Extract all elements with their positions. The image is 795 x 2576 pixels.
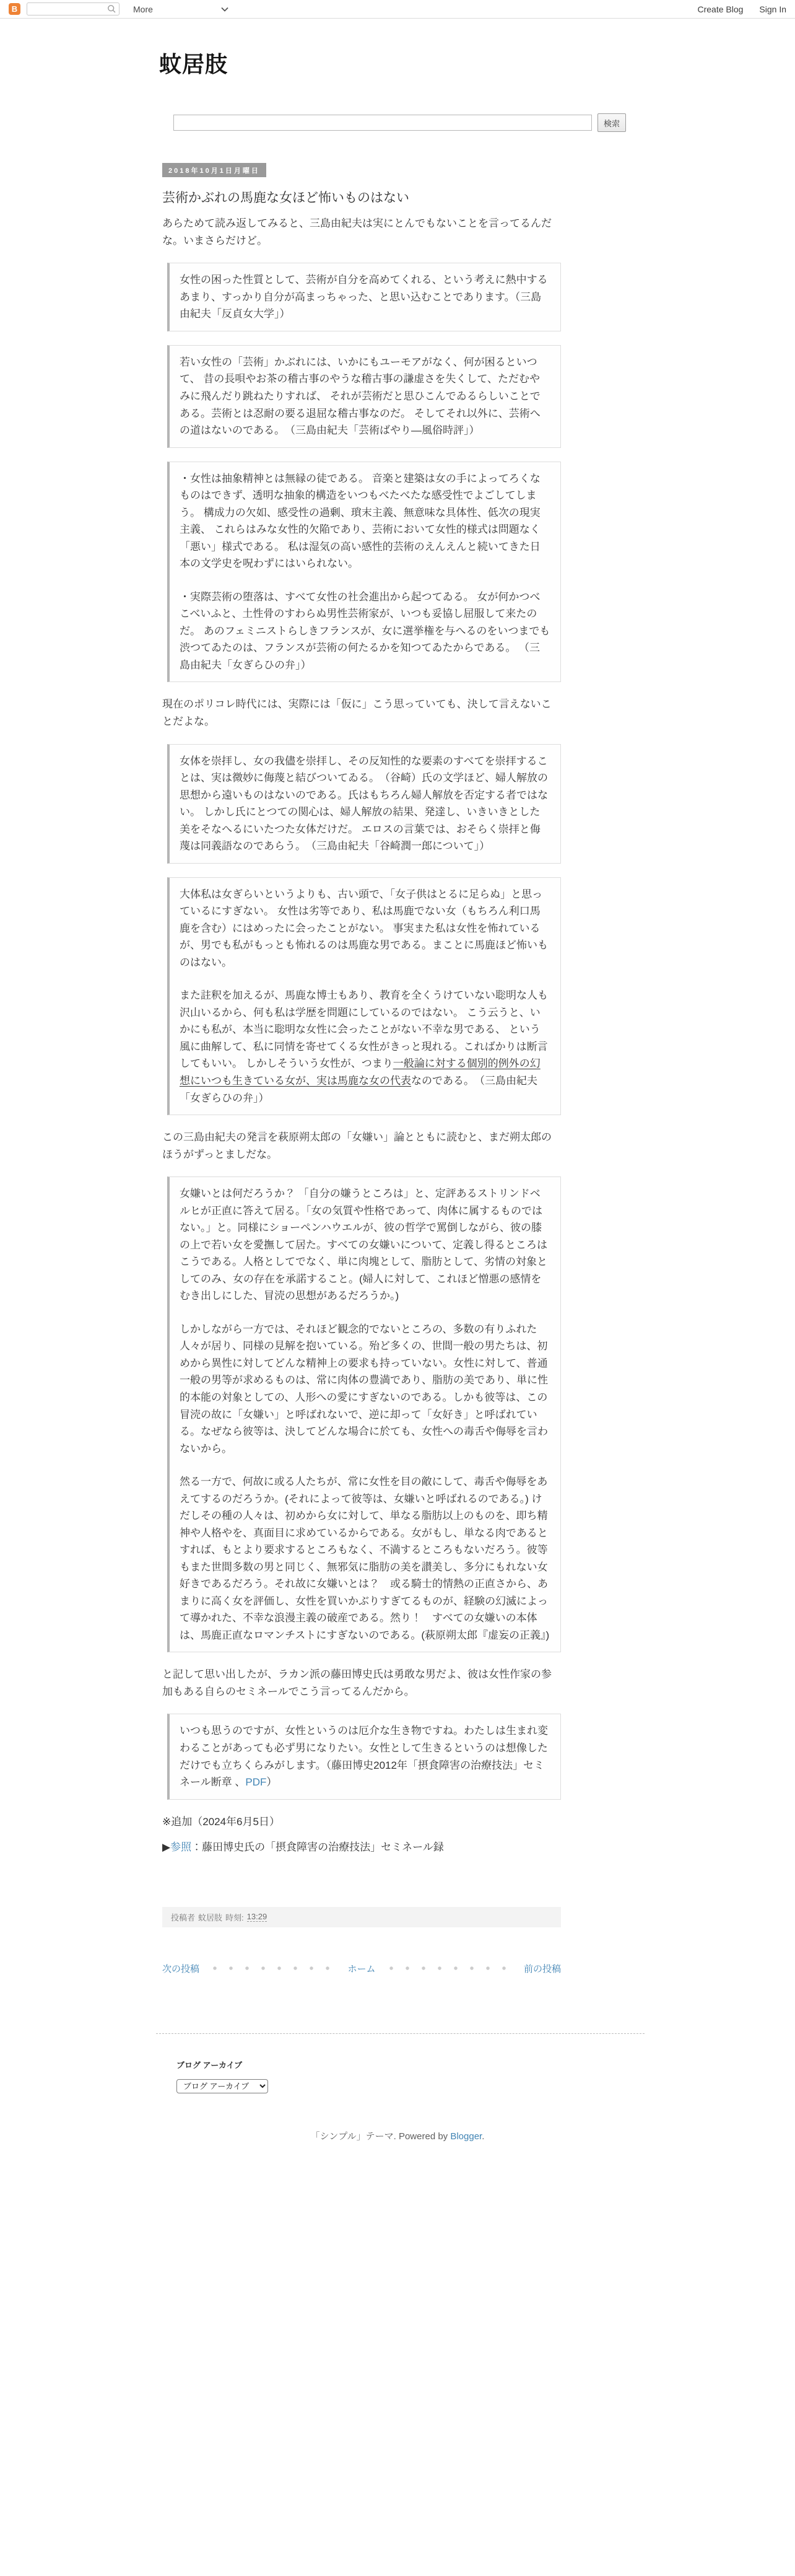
theme-attribution: 「シンプル」テーマ. Powered by: [311, 2131, 451, 2142]
quote-mishima-onnagirai-1: ・女性は抽象精神とは無縁の徒である。 音楽と建築は女の手によってろくなものはでき…: [167, 462, 561, 683]
quote-mishima-hanteijo: 女性の困った性質として、芸術が自分を高めてくれる、という考えに熱中するあまり、す…: [167, 263, 561, 331]
quote-mishima-onnagirai-2: 大体私は女ぎらいというよりも、古い頭で、「女子供はとるに足らぬ」と思っているにす…: [167, 877, 561, 1115]
quote-text: いつも思うのですが、女性というのは厄介な生き物ですね。わたしは生まれ変わることが…: [180, 1722, 550, 1790]
post-footer-bar: 投稿者 蚊居肢 時刻: 13:29: [162, 1907, 561, 1927]
quote-text: 女性の困った性質として、芸術が自分を高めてくれる、という考えに熱中するあまり、す…: [180, 271, 550, 323]
chevron-down-icon[interactable]: [221, 7, 228, 12]
reference-paragraph: ▶参照：藤田博史氏の「摂食障害の治療技法」セミネール録: [162, 1839, 561, 1856]
search-button[interactable]: 検索: [597, 113, 626, 132]
quote-text: 女嫌いとは何だろうか？ 「自分の嫌うところは」と、定評あるストリンドベルヒが正直…: [180, 1185, 550, 1305]
quote-text: ・実際芸術の堕落は、すべて女性の社会進出から起つてゐる。 女が何かつべこべいふと…: [180, 589, 550, 674]
post-body: あらためて読み返してみると、三島由紀夫は実にとんでもないことを言ってるんだな。い…: [162, 215, 561, 1855]
dots-separator: [383, 1965, 516, 1972]
author-name: 蚊居肢: [198, 1911, 222, 1923]
quote-text: 若い女性の「芸術」かぶれには、いかにもユーモアがなく、何が困るといつて、 昔の長…: [180, 354, 550, 439]
quote-text: 女体を崇拝し、女の我儘を崇拝し、その反知性的な要素のすべてを崇拝することは、実は…: [180, 753, 550, 855]
quote-text: また註釈を加えるが、馬鹿な博士もあり、教育を全くうけていない聡明な人も沢山いるか…: [180, 987, 550, 1106]
pagination: 次の投稿 ホーム 前の投稿: [162, 1962, 561, 1975]
author-label: 投稿者: [171, 1911, 195, 1923]
blogger-navbar: B More Create Blog Sign In: [0, 0, 795, 19]
comment-paragraph-fujita: と記して思い出したが、ラカン派の藤田博史氏は勇敢な男だよ、彼は女性作家の参加もあ…: [162, 1666, 561, 1700]
comment-paragraph-policore: 現在のポリコレ時代には、実際には「仮に」こう思っていても、決して言えないことだよ…: [162, 696, 561, 730]
reference-arrow-icon: ▶: [162, 1841, 170, 1853]
pdf-link[interactable]: PDF: [245, 1776, 266, 1788]
blogger-logo-icon[interactable]: B: [9, 3, 20, 15]
page-footer: 「シンプル」テーマ. Powered by Blogger.: [144, 2129, 651, 2576]
quote-text-before: いつも思うのですが、女性というのは厄介な生き物ですね。わたしは生まれ変わることが…: [180, 1725, 548, 1788]
more-menu[interactable]: More: [133, 4, 153, 14]
time-label: 時刻:: [225, 1911, 244, 1923]
quote-text: 然る一方で、何故に或る人たちが、常に女性を目の敵にして、毒舌や侮辱をあえてするの…: [180, 1473, 550, 1644]
search-icon[interactable]: [107, 4, 116, 17]
intro-paragraph: あらためて読み返してみると、三島由紀夫は実にとんでもないことを言ってるんだな。い…: [162, 215, 561, 249]
content-column: 蚊居肢 検索 2018年10月1日月曜日 芸術かぶれの馬鹿な女ほど怖いものはない…: [144, 19, 651, 2576]
quote-text: ・女性は抽象精神とは無縁の徒である。 音楽と建築は女の手によってろくなものはでき…: [180, 470, 550, 572]
blogger-link[interactable]: Blogger: [450, 2131, 482, 2142]
search-gadget: 検索: [173, 113, 626, 132]
blog-archive-gadget: ブログ アーカイブ ブログ アーカイブ: [176, 2059, 651, 2093]
post: 2018年10月1日月曜日 芸術かぶれの馬鹿な女ほど怖いものはない あらためて読…: [162, 163, 561, 1975]
quote-text: しかしながら一方では、それほど観念的でないところの、多数の有りふれた人々が居り、…: [180, 1321, 550, 1457]
attribution-period: .: [482, 2131, 484, 2142]
quote-text: 大体私は女ぎらいというよりも、古い頭で、「女子供はとるに足らぬ」と思っているにす…: [180, 886, 550, 971]
quote-mishima-geijutsubayari: 若い女性の「芸術」かぶれには、いかにもユーモアがなく、何が困るといつて、 昔の長…: [167, 345, 561, 448]
page: B More Create Blog Sign In 蚊居肢 検索 2018年1…: [0, 0, 795, 2576]
addendum-paragraph: ※追加（2024年6月5日）: [162, 1813, 561, 1831]
newer-post-link[interactable]: 次の投稿: [162, 1962, 199, 1975]
quote-hagiwara-kyomo: 女嫌いとは何だろうか？ 「自分の嫌うところは」と、定評あるストリンドベルヒが正直…: [167, 1176, 561, 1652]
comment-paragraph-hagiwara: この三島由紀夫の発言を萩原朔太郎の「女嫌い」論とともに読むと、まだ朔太郎のほうが…: [162, 1129, 561, 1163]
reference-text: ：藤田博史氏の「摂食障害の治療技法」セミネール録: [191, 1841, 444, 1853]
timestamp-link[interactable]: 13:29: [247, 1912, 267, 1922]
older-post-link[interactable]: 前の投稿: [524, 1962, 561, 1975]
search-input[interactable]: [173, 115, 592, 131]
navbar-search-input[interactable]: [30, 4, 105, 14]
blog-archive-select[interactable]: ブログ アーカイブ: [176, 2079, 268, 2093]
reference-link[interactable]: 参照: [170, 1841, 191, 1853]
navbar-search: [27, 2, 119, 15]
post-title: 芸術かぶれの馬鹿な女ほど怖いものはない: [162, 190, 561, 206]
sign-in-link[interactable]: Sign In: [759, 4, 786, 14]
create-blog-link[interactable]: Create Blog: [697, 4, 743, 14]
post-date-badge: 2018年10月1日月曜日: [162, 163, 266, 177]
blog-archive-heading: ブログ アーカイブ: [176, 2059, 651, 2070]
home-link[interactable]: ホーム: [348, 1962, 376, 1975]
quote-fujita-seminar: いつも思うのですが、女性というのは厄介な生き物ですね。わたしは生まれ変わることが…: [167, 1714, 561, 1799]
quote-mishima-tanizaki: 女体を崇拝し、女の我儘を崇拝し、その反知性的な要素のすべてを崇拝することは、実は…: [167, 744, 561, 864]
section-divider: [156, 2033, 645, 2034]
quote-text-after: ）: [266, 1776, 277, 1788]
dots-separator: [207, 1965, 340, 1972]
blog-title[interactable]: 蚊居肢: [159, 47, 651, 79]
